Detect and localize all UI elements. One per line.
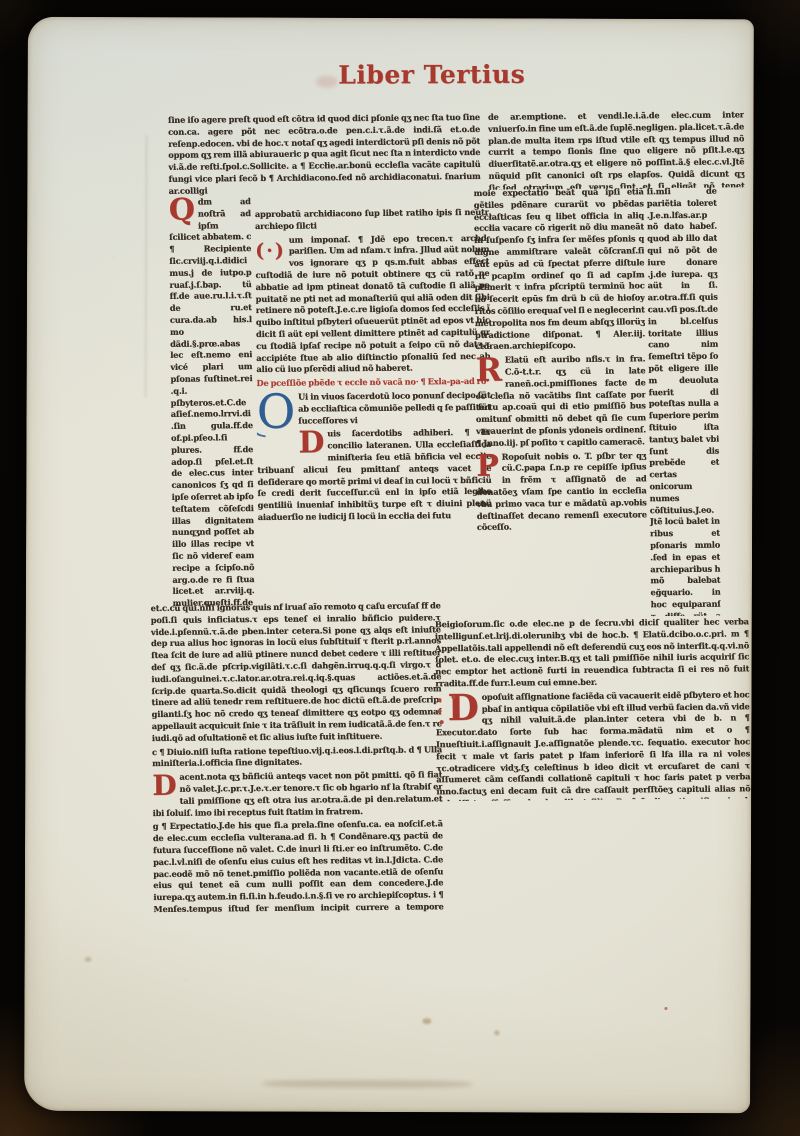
bottom-left-paragraph-4-text: g ¶ Erpectatio.J.de his que fi.a prela.ſ… [153, 819, 444, 917]
right-paragraph-3-text: Ropoſuit nobis o. T. pſbr ter qʒ cü.C.pa… [476, 450, 646, 532]
initial-d2-red-icon: D [152, 773, 176, 798]
column-left-narrow: Qdm ad noſtrã ad ipſm ſcilicet abbatem. … [169, 196, 255, 607]
initial-r-red-icon: R [475, 356, 502, 384]
column-right-central: moie expectatio beãt quã ipſi etiã gẽtil… [474, 186, 648, 616]
foxing-spot [85, 957, 92, 962]
column-top-left-text: ſine iſo agere preſt quod eſt cõtra id q… [168, 112, 481, 196]
column-top-right-text: de ar.emptione. et vendi.le.i.ã.de elec.… [488, 109, 745, 189]
initial-guide-marks-icon: (·) [255, 235, 286, 266]
initial-d-red-icon: D [298, 430, 324, 457]
bottom-left-paragraph-3: Dacent.nota qʒ bñficiü anteqs vacet non … [152, 769, 442, 819]
column-top-left: ſine iſo agere preſt quod eſt cõtra id q… [168, 112, 481, 201]
photo-background: Liber Tertius ſine iſo agere preſt quod … [0, 0, 800, 1136]
middle-o-paragraph-text: Ui in viuos ſacerdotū loco ponunſ decipo… [298, 390, 491, 425]
bottom-left-paragraph-2: c ¶ Diuio.niſi iuſta ratione tepeſtiuo.v… [152, 744, 442, 770]
bottom-right-paragraph-2: Dopoſuit aſſignatione faciẽda cü vacauer… [435, 689, 750, 801]
middle-d-paragraph: Duis ſacerdotibs adhiberi. ¶ Er concilio… [257, 427, 492, 524]
bottom-right-paragraph-1: Beigioſorum.ſic o.de elec.ne p de ſecru.… [435, 616, 750, 690]
middle-body: (·)um imponaſ. ¶ Jdē epo trecen.τ archd.… [255, 232, 490, 376]
bottom-left-paragraph-2-text: c ¶ Diuio.niſi iuſta ratione tepeſtiuo.v… [152, 744, 442, 769]
column-bottom-left: et.c.cü qui.niſi ignoras quis nf iruaſ a… [151, 600, 444, 917]
bottom-right-paragraph-2-text: opoſuit aſſignatione faciẽda cü vacaueri… [436, 689, 751, 801]
left-paragraph-1: Qdm ad noſtrã ad ipſm ſcilicet abbatem. … [169, 196, 255, 607]
left-paragraph-1-text: dm ad noſtrã ad ipſm ſcilicet abbatem. c… [169, 196, 255, 607]
column-bottom-right: Beigioſorum.ſic o.de elec.ne p de ſecru.… [435, 616, 751, 801]
middle-body-text: um imponaſ. ¶ Jdē epo trecen.τ archd. pa… [255, 232, 490, 374]
initial-d-ornate-red-icon: D [447, 693, 478, 724]
column-margin-right: ſi.mſi de pariẽtia toleret .J.e.n.lfas.a… [647, 185, 721, 616]
right-paragraph-1-text: moie expectatio beãt quã ipſi etiã gẽtil… [474, 186, 645, 351]
initial-p-red-icon: P [476, 452, 499, 479]
initial-o-blue-icon: O [257, 393, 296, 433]
bottom-left-paragraph-1-text: et.c.cü qui.niſi ignoras quis nf iruaſ a… [151, 600, 442, 743]
middle-intro-text: approbatū archidiacono ſup libet ratiho … [255, 207, 489, 231]
right-paragraph-1: moie expectatio beãt quã ipſi etiã gẽtil… [474, 186, 646, 353]
right-paragraph-3: PRopoſuit nobis o. T. pſbr ter qʒ cü.C.p… [476, 450, 647, 534]
bottom-right-paragraph-1-text: Beigioſorum.ſic o.de elec.ne p de ſecru.… [435, 616, 750, 688]
running-title: Liber Tertius [327, 60, 537, 90]
bottom-left-paragraph-1: et.c.cü qui.niſi ignoras quis nf iruaſ a… [151, 600, 442, 744]
bottom-left-paragraph-4: g ¶ Erpectatio.J.de his que fi.a prela.ſ… [153, 819, 444, 917]
middle-d-paragraph-text: uis ſacerdotibs adhiberi. ¶ Er concilio … [257, 427, 491, 522]
column-margin-right-text: ſi.mſi de pariẽtia toleret .J.e.n.lfas.a… [647, 185, 721, 616]
column-top-right: de ar.emptione. et vendi.le.i.ã.de elec.… [488, 109, 745, 189]
manuscript-leaf: Liber Tertius ſine iſo agere preſt quod … [24, 17, 754, 1114]
middle-intro: approbatū archidiacono ſup libet ratiho … [255, 207, 489, 233]
middle-o-paragraph: OUi in viuos ſacerdotū loco ponunſ decip… [257, 390, 491, 428]
bottom-left-paragraph-3-text: acent.nota qʒ bñficiü anteqs vacet non p… [153, 769, 443, 817]
initial-q-red-icon: Q [169, 198, 195, 224]
text-block: ſine iſo agere preſt quod eſt cõtra id q… [140, 89, 754, 1107]
right-paragraph-2: RElatü eſt auribo nfis.τ in fra. C.õ-t.t… [475, 353, 646, 449]
column-middle: approbatū archidiacono ſup libet ratiho … [255, 207, 493, 587]
